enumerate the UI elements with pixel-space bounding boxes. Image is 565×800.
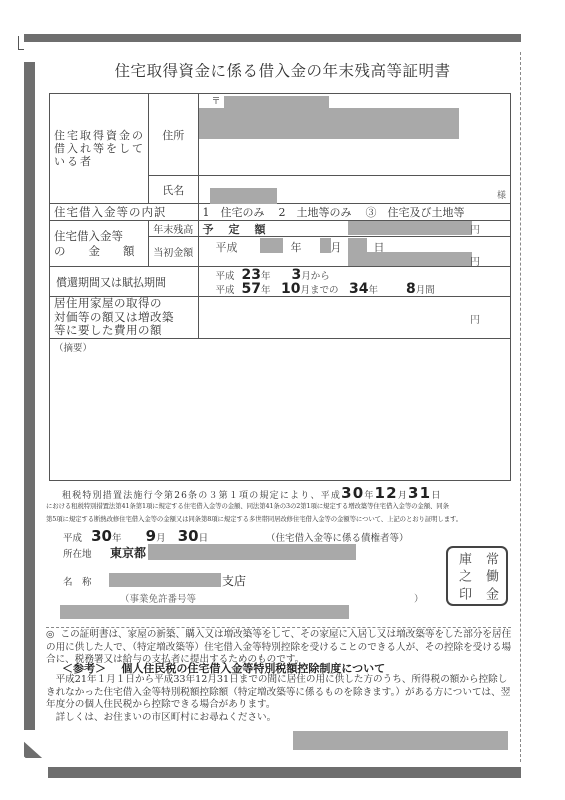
certification-text-line3: 第5項に規定する断熱改修住宅借入金等の金額又は同条第8項に規定する多世帯同居改修… bbox=[46, 514, 462, 523]
company-seal: 常 働 金 庫 之 印 bbox=[446, 546, 508, 606]
address-field: 〒 bbox=[198, 94, 511, 176]
issue-date: 平成 30年 9月 30日 bbox=[63, 527, 208, 545]
redacted-company-name bbox=[109, 573, 221, 587]
scan-frame-top bbox=[24, 34, 521, 42]
perforation-line bbox=[520, 52, 521, 762]
certification-text-line2: における租税特別措置法第41条第1項に規定する住宅借入金等の金額、同法第41条の… bbox=[46, 501, 449, 510]
cert-day: 31 bbox=[408, 484, 431, 502]
scan-frame-left bbox=[24, 62, 35, 730]
license-number-close: ） bbox=[414, 591, 424, 605]
acquisition-cost-label: 居住用家屋の取得の 対価等の額又は増改築 等に要した費用の額 bbox=[50, 297, 199, 339]
repayment-period-field: 平成 23年 3月から 平成 57年 10月までの 34年 8月間 bbox=[198, 267, 511, 297]
year-end-balance-label: 年末残高 bbox=[148, 221, 198, 237]
option-house-and-land: ③ 住宅及び土地等 bbox=[366, 206, 465, 219]
cert-year: 30 bbox=[341, 484, 364, 502]
redacted-initial-amount bbox=[348, 252, 472, 266]
duration-months: 8 bbox=[406, 281, 416, 297]
redacted-license-number bbox=[60, 605, 349, 619]
initial-amount-label: 当初金額 bbox=[148, 237, 198, 267]
year-end-balance-field: 予 定 額 円 bbox=[198, 221, 511, 237]
summary-label: （摘要） bbox=[54, 340, 92, 354]
branch-suffix: 支店 bbox=[222, 572, 246, 589]
redacted-initial-month bbox=[320, 238, 331, 253]
creditor-role-note: （住宅借入金等に係る債権者等） bbox=[266, 530, 409, 544]
loan-breakdown-label: 住宅借入金等の内訳 bbox=[50, 204, 199, 221]
loan-breakdown-options: 1 住宅のみ 2 土地等のみ ③ 住宅及び土地等 bbox=[198, 204, 511, 221]
redacted-footer-stamp bbox=[293, 731, 508, 750]
scan-frame-bottom bbox=[48, 767, 521, 778]
name-label: 氏名 bbox=[148, 176, 198, 204]
yen-unit: 円 bbox=[470, 221, 480, 236]
end-year: 57 bbox=[242, 281, 261, 297]
location-value: 東京都 bbox=[110, 544, 146, 561]
planned-amount-prefix: 予 定 額 bbox=[203, 221, 268, 237]
document-title: 住宅取得資金に係る借入金の年末残高等証明書 bbox=[0, 59, 565, 81]
separator-dashed bbox=[46, 627, 511, 628]
redacted-location bbox=[148, 544, 356, 560]
postal-mark: 〒 bbox=[212, 94, 221, 107]
name-field: 様 bbox=[198, 176, 511, 204]
certification-statement: 租税特別措置法施行令第26条の３第１項の規定により、平成30年12月31日 bbox=[62, 484, 442, 502]
initial-amount-field: 平成 年 月 日 円 bbox=[198, 237, 511, 267]
redacted-initial-year bbox=[260, 238, 283, 253]
notice-mark: ◎ bbox=[46, 629, 54, 640]
acquisition-cost-field: 円 bbox=[198, 297, 511, 339]
address-label: 住所 bbox=[148, 94, 198, 176]
loan-amount-label: 住宅借入金等 の 金 額 bbox=[50, 221, 149, 267]
honorific: 様 bbox=[497, 188, 506, 201]
location-label: 所在地 bbox=[63, 546, 92, 560]
scan-frame-corner bbox=[24, 728, 54, 758]
redacted-year-end-balance bbox=[348, 221, 472, 235]
option-land-only: 2 土地等のみ bbox=[279, 206, 352, 219]
duration-years: 34 bbox=[349, 281, 368, 297]
company-name-label: 名 称 bbox=[63, 574, 92, 588]
certificate-table: 住宅取得資金の借入れ等をしている者 住所 〒 氏名 様 住宅借入金等の内訳 1 … bbox=[49, 93, 511, 481]
repayment-period-label: 償還期間又は賦払期間 bbox=[50, 267, 199, 297]
end-month: 10 bbox=[281, 281, 300, 297]
reference-body: 平成21年１月１日から平成33年12月31日までの間に居住の用に供した方のうち、… bbox=[46, 674, 516, 724]
redacted-name bbox=[210, 188, 277, 204]
scan-frame-tick bbox=[18, 36, 24, 50]
license-number-label: （事業免許番号等 bbox=[120, 591, 196, 605]
borrower-label: 住宅取得資金の借入れ等をしている者 bbox=[50, 94, 149, 204]
summary-field: （摘要） bbox=[50, 339, 511, 481]
cert-month: 12 bbox=[375, 484, 398, 502]
option-house-only: 1 住宅のみ bbox=[203, 206, 265, 219]
redacted-address bbox=[199, 108, 459, 139]
